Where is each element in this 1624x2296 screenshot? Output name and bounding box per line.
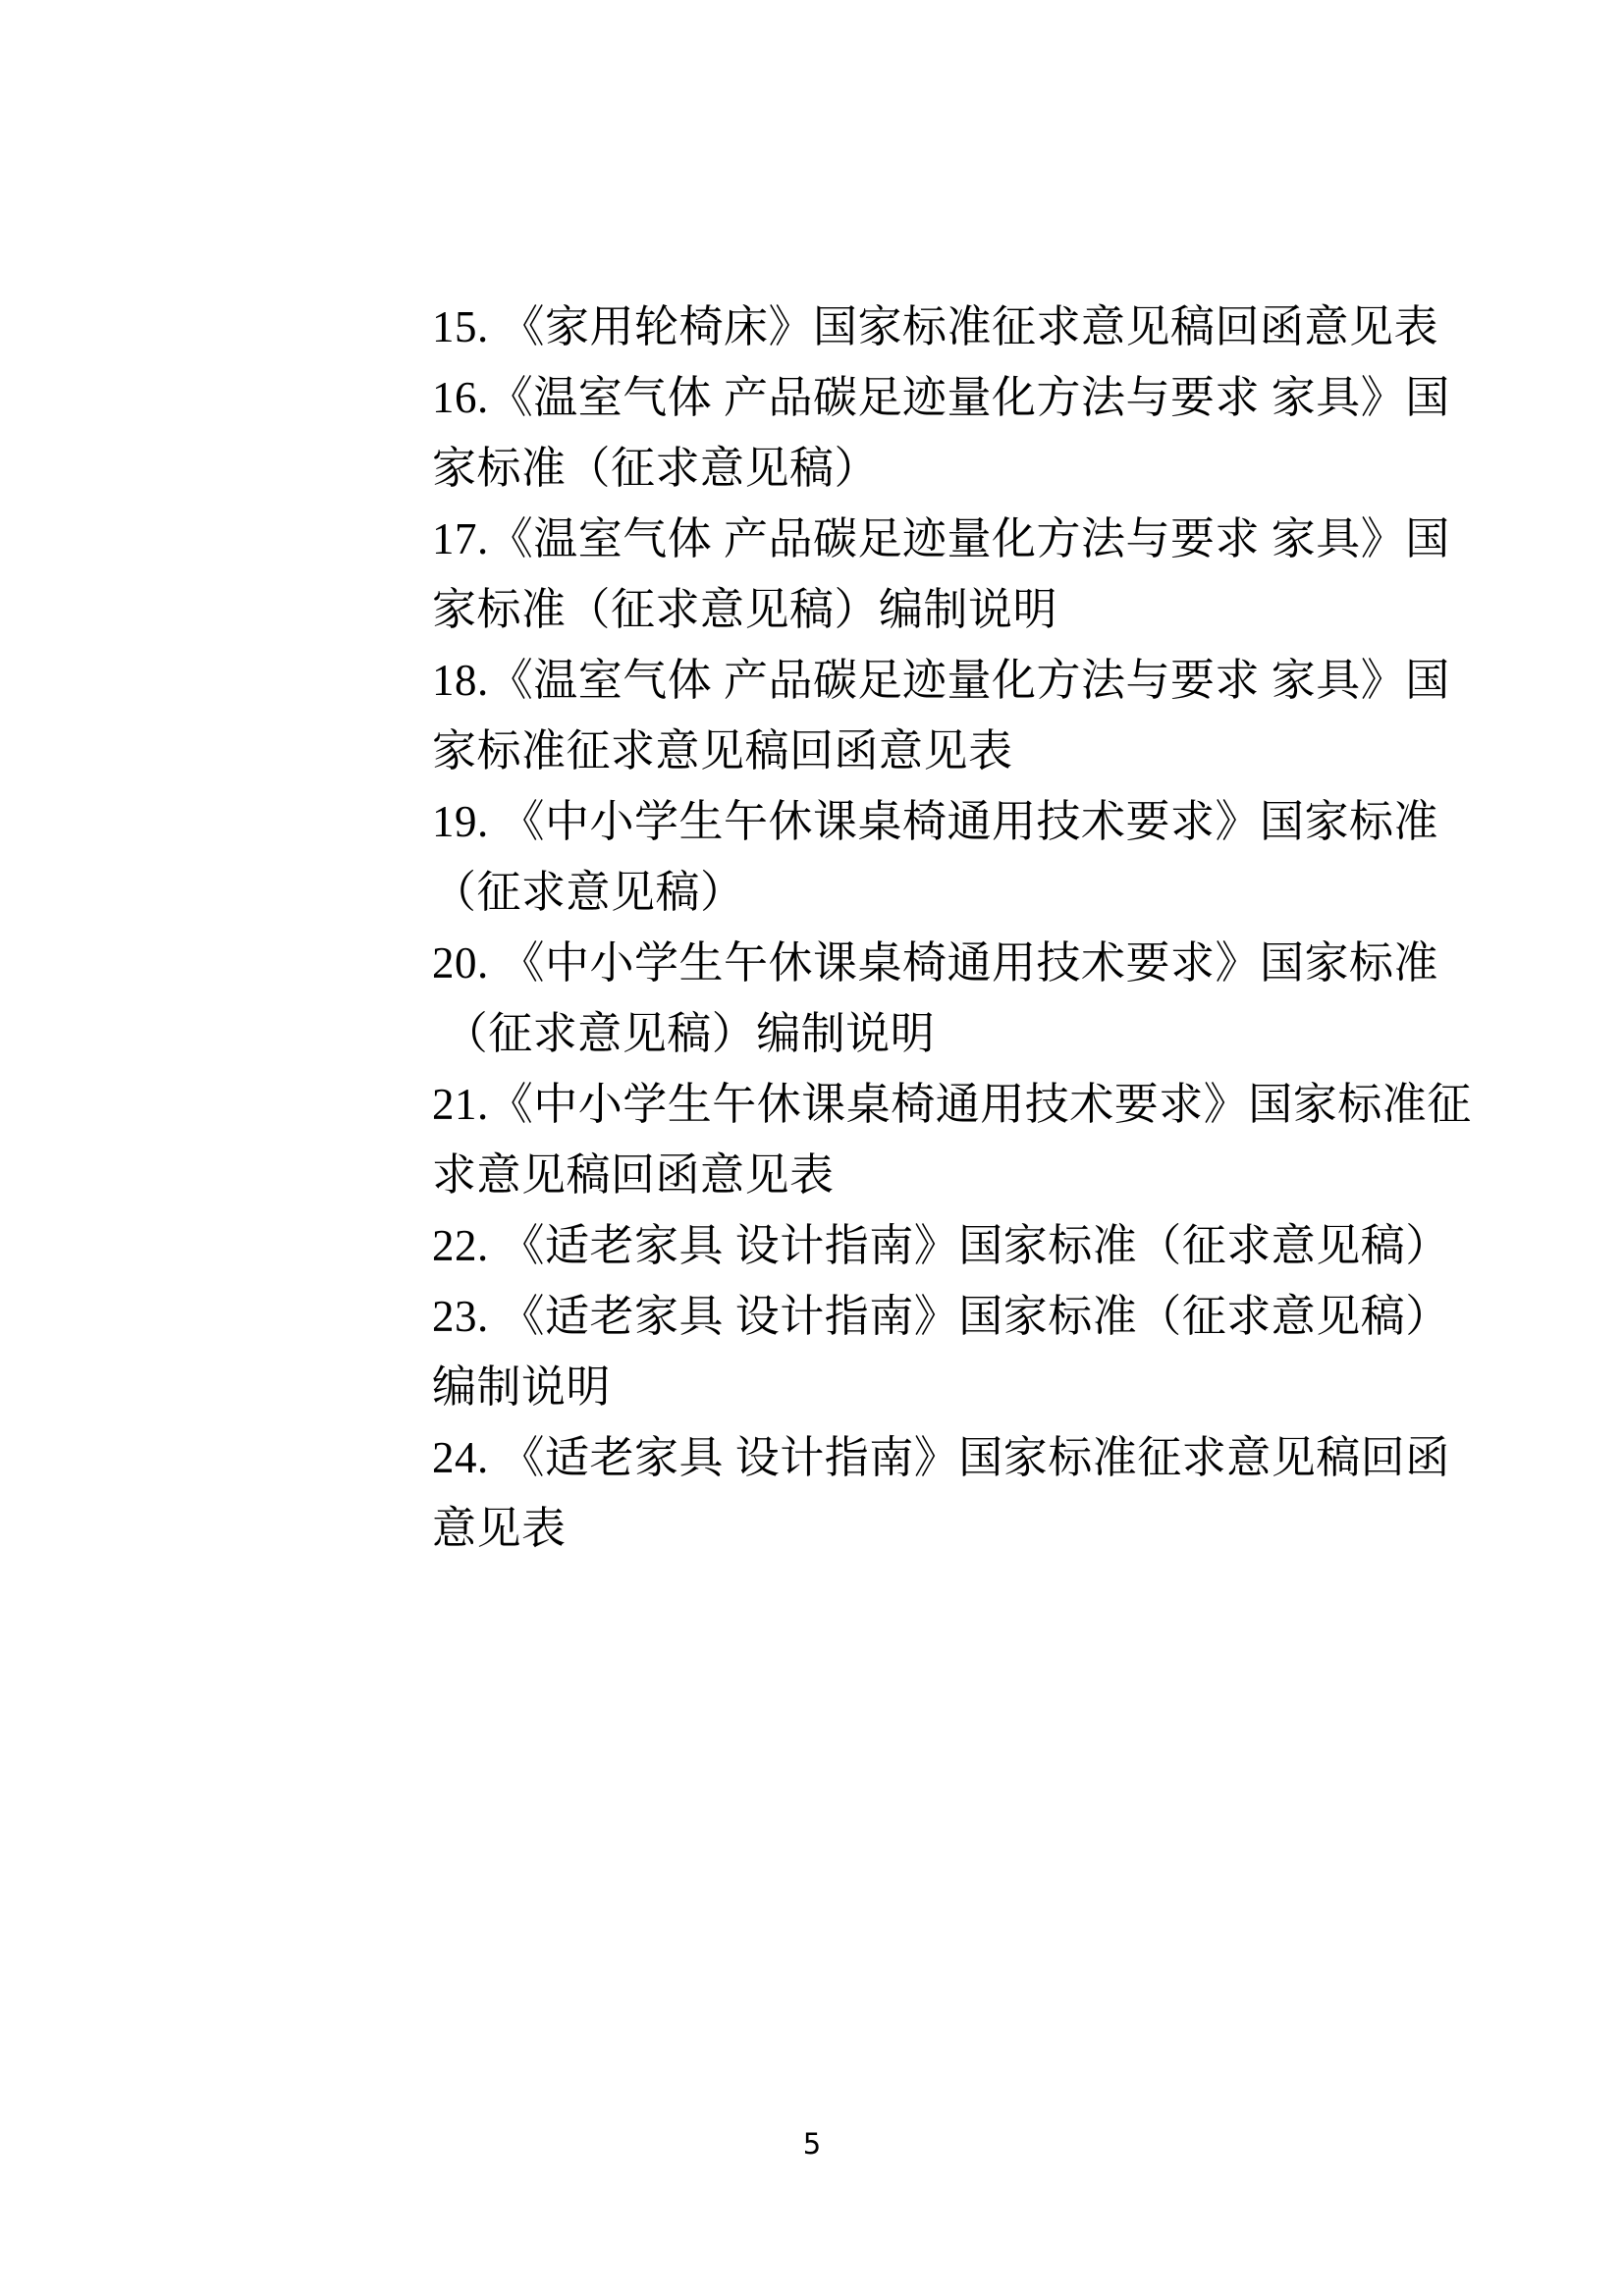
text-line: 24. 《适老家具 设计指南》国家标准征求意见稿回函	[432, 1422, 1435, 1493]
text-line: 家标准（征求意见稿）	[432, 433, 1435, 504]
text-line: （征求意见稿）编制说明	[432, 998, 1435, 1069]
list-item-15: 15. 《家用轮椅床》国家标准征求意见稿回函意见表	[432, 292, 1435, 362]
list-item-17: 17.《温室气体 产品碳足迹量化方法与要求 家具》国家标准（征求意见稿）编制说明	[432, 504, 1435, 645]
text-line: 15. 《家用轮椅床》国家标准征求意见稿回函意见表	[432, 292, 1435, 362]
list-item-20: 20. 《中小学生午休课桌椅通用技术要求》国家标准 （征求意见稿）编制说明	[432, 928, 1435, 1069]
standards-list: 15. 《家用轮椅床》国家标准征求意见稿回函意见表16.《温室气体 产品碳足迹量…	[432, 292, 1435, 1564]
text-line: 19. 《中小学生午休课桌椅通用技术要求》国家标准	[432, 786, 1435, 857]
list-item-22: 22. 《适老家具 设计指南》国家标准（征求意见稿）	[432, 1210, 1435, 1281]
text-line: 家标准征求意见稿回函意见表	[432, 716, 1435, 786]
text-line: （征求意见稿）	[432, 857, 1435, 928]
list-item-21: 21.《中小学生午休课桌椅通用技术要求》国家标准征求意见稿回函意见表	[432, 1069, 1435, 1210]
text-line: 16.《温室气体 产品碳足迹量化方法与要求 家具》国	[432, 362, 1435, 433]
text-line: 17.《温室气体 产品碳足迹量化方法与要求 家具》国	[432, 504, 1435, 574]
text-line: 22. 《适老家具 设计指南》国家标准（征求意见稿）	[432, 1210, 1435, 1281]
text-line: 家标准（征求意见稿）编制说明	[432, 574, 1435, 645]
text-line: 23. 《适老家具 设计指南》国家标准（征求意见稿）	[432, 1281, 1435, 1352]
list-item-18: 18.《温室气体 产品碳足迹量化方法与要求 家具》国家标准征求意见稿回函意见表	[432, 645, 1435, 786]
list-item-16: 16.《温室气体 产品碳足迹量化方法与要求 家具》国家标准（征求意见稿）	[432, 362, 1435, 504]
list-item-23: 23. 《适老家具 设计指南》国家标准（征求意见稿）编制说明	[432, 1281, 1435, 1422]
page-number: 5	[0, 2126, 1624, 2162]
text-line: 意见表	[432, 1493, 1435, 1564]
list-item-24: 24. 《适老家具 设计指南》国家标准征求意见稿回函意见表	[432, 1422, 1435, 1564]
text-line: 20. 《中小学生午休课桌椅通用技术要求》国家标准	[432, 928, 1435, 998]
list-item-19: 19. 《中小学生午休课桌椅通用技术要求》国家标准（征求意见稿）	[432, 786, 1435, 928]
text-line: 求意见稿回函意见表	[432, 1140, 1435, 1210]
text-line: 编制说明	[432, 1352, 1435, 1422]
text-line: 21.《中小学生午休课桌椅通用技术要求》国家标准征	[432, 1069, 1435, 1140]
text-line: 18.《温室气体 产品碳足迹量化方法与要求 家具》国	[432, 645, 1435, 716]
document-page: 15. 《家用轮椅床》国家标准征求意见稿回函意见表16.《温室气体 产品碳足迹量…	[0, 0, 1624, 2296]
